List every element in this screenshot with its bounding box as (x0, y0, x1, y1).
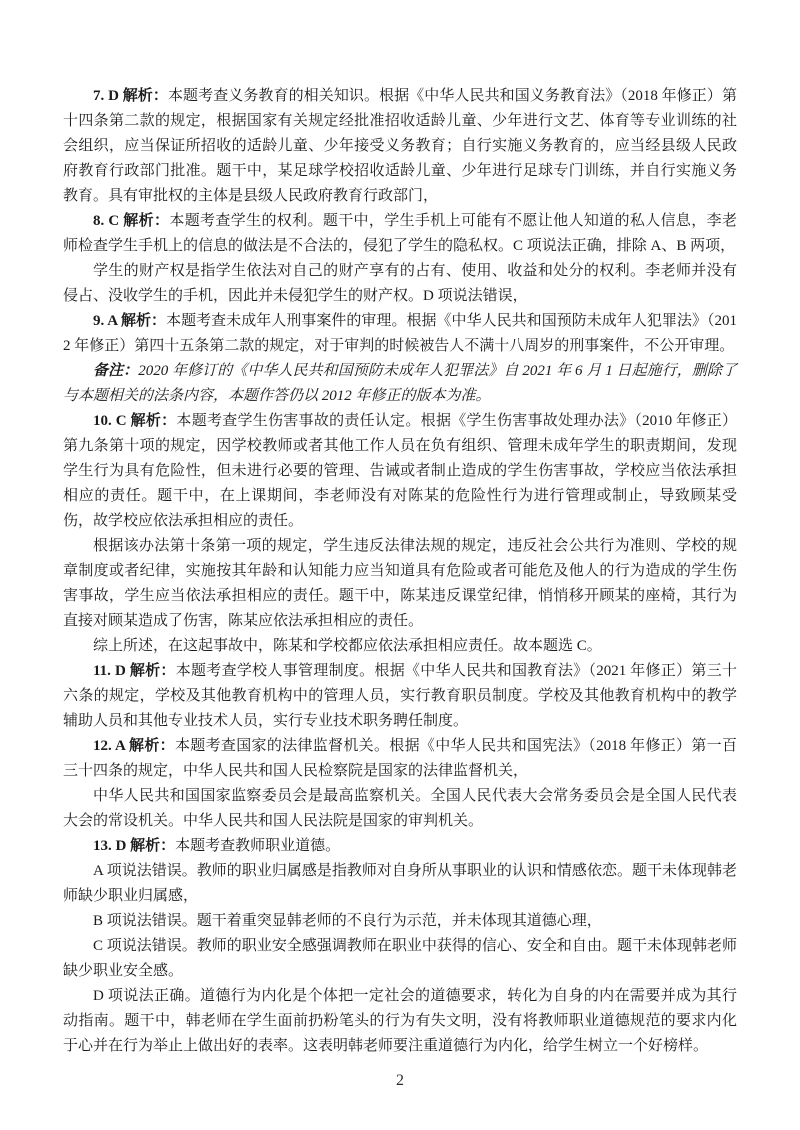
answer-paragraph: D 项说法正确。道德行为内化是个体把一定社会的道德要求，转化为自身的内在需要并成… (63, 984, 737, 1059)
answer-paragraph: 综上所述，在这起事故中，陈某和学校都应依法承担相应责任。故本题选 C。 (63, 634, 737, 659)
answer-paragraph: 13. D 解析：本题考查教师职业道德。 (63, 834, 737, 859)
page-number: 2 (0, 1072, 800, 1090)
answer-paragraph: C 项说法错误。教师的职业安全感强调教师在职业中获得的信心、安全和自由。题干未体… (63, 934, 737, 984)
answer-paragraph: 8. C 解析：本题考查学生的权利。题干中，学生手机上可能有不愿让他人知道的私人… (63, 209, 737, 259)
document-page: 7. D 解析：本题考查义务教育的相关知识。根据《中华人民共和国义务教育法》（2… (0, 0, 800, 1130)
answer-paragraph: 根据该办法第十条第一项的规定，学生违反法律法规的规定，违反社会公共行为准则、学校… (63, 534, 737, 634)
answer-label: 11. D 解析： (93, 663, 176, 679)
answer-paragraph: 备注：2020 年修订的《中华人民共和国预防未成年人犯罪法》自 2021 年 6… (63, 359, 737, 409)
answer-paragraph: A 项说法错误。教师的职业归属感是指教师对自身所从事职业的认识和情感依恋。题干未… (63, 859, 737, 909)
answer-paragraph: 中华人民共和国国家监察委员会是最高监察机关。全国人民代表大会常务委员会是全国人民… (63, 784, 737, 834)
answer-label: 10. C 解析： (93, 413, 176, 429)
answer-paragraph: 12. A 解析：本题考查国家的法律监督机关。根据《中华人民共和国宪法》（201… (63, 734, 737, 784)
answer-paragraph: 9. A 解析：本题考查未成年人刑事案件的审理。根据《中华人民共和国预防未成年人… (63, 309, 737, 359)
answer-paragraph: 10. C 解析：本题考查学生伤害事故的责任认定。根据《学生伤害事故处理办法》（… (63, 409, 737, 534)
answer-paragraph: 7. D 解析：本题考查义务教育的相关知识。根据《中华人民共和国义务教育法》（2… (63, 84, 737, 209)
answer-list: 7. D 解析：本题考查义务教育的相关知识。根据《中华人民共和国义务教育法》（2… (63, 84, 737, 1059)
answer-label: 8. C 解析： (93, 213, 169, 229)
answer-label: 备注： (93, 363, 138, 379)
answer-label: 7. D 解析： (93, 88, 168, 104)
answer-paragraph: 学生的财产权是指学生依法对自己的财产享有的占有、使用、收益和处分的权利。李老师并… (63, 259, 737, 309)
answer-paragraph: 11. D 解析：本题考查学校人事管理制度。根据《中华人民共和国教育法》（202… (63, 659, 737, 734)
answer-label: 9. A 解析： (93, 313, 166, 329)
answer-paragraph: B 项说法错误。题干着重突显韩老师的不良行为示范，并未体现其道德心理， (63, 909, 737, 934)
answer-label: 13. D 解析： (93, 838, 175, 854)
answer-label: 12. A 解析： (93, 738, 175, 754)
